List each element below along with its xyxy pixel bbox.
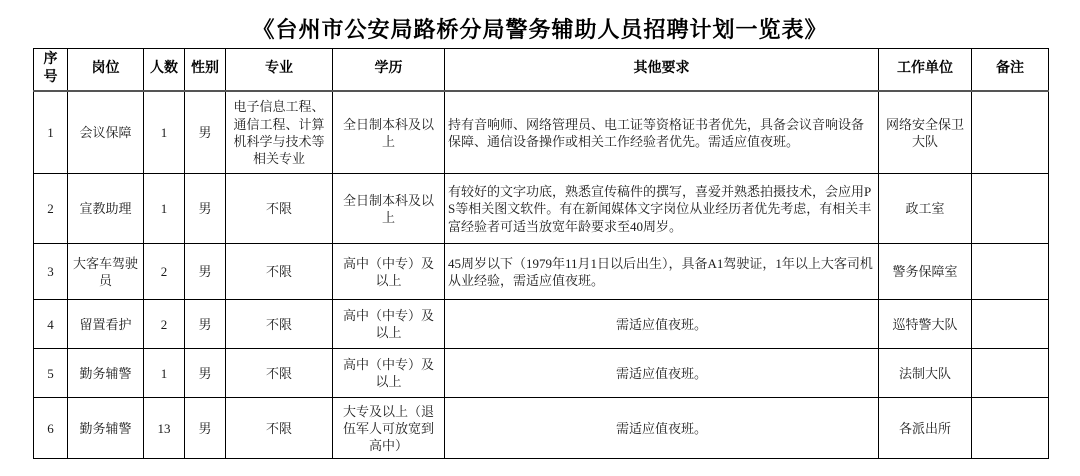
cell-education: 高中（中专）及以上	[333, 349, 445, 398]
cell-requirements: 有较好的文字功底，熟悉宣传稿件的撰写，喜爱并熟悉拍摄技术，会应用PS等相关图文软…	[445, 174, 879, 244]
cell-unit: 法制大队	[879, 349, 972, 398]
table-row: 5 勤务辅警 1 男 不限 高中（中专）及以上 需适应值夜班。 法制大队	[34, 349, 1049, 398]
header-row: 序号 岗位 人数 性别 专业 学历 其他要求 工作单位 备注	[34, 49, 1049, 91]
cell-gender: 男	[185, 91, 226, 174]
document-page: 《台州市公安局路桥分局警务辅助人员招聘计划一览表》 序号 岗位 人数 性别 专业…	[0, 0, 1080, 476]
cell-position: 会议保障	[68, 91, 144, 174]
col-header-seq: 序号	[34, 49, 68, 91]
cell-unit: 各派出所	[879, 398, 972, 459]
cell-education: 高中（中专）及以上	[333, 244, 445, 300]
table-row: 4 留置看护 2 男 不限 高中（中专）及以上 需适应值夜班。 巡特警大队	[34, 300, 1049, 349]
cell-position: 宣教助理	[68, 174, 144, 244]
cell-seq: 4	[34, 300, 68, 349]
cell-major: 不限	[226, 244, 333, 300]
cell-requirements: 45周岁以下（1979年11月1日以后出生），具备A1驾驶证，1年以上大客司机从…	[445, 244, 879, 300]
cell-requirements: 需适应值夜班。	[445, 300, 879, 349]
cell-position: 大客车驾驶员	[68, 244, 144, 300]
cell-seq: 3	[34, 244, 68, 300]
cell-gender: 男	[185, 349, 226, 398]
col-header-major: 专业	[226, 49, 333, 91]
cell-position: 留置看护	[68, 300, 144, 349]
table-row: 6 勤务辅警 13 男 不限 大专及以上（退伍军人可放宽到高中） 需适应值夜班。…	[34, 398, 1049, 459]
cell-gender: 男	[185, 300, 226, 349]
cell-count: 2	[144, 244, 185, 300]
cell-remark	[972, 398, 1049, 459]
cell-unit: 警务保障室	[879, 244, 972, 300]
cell-count: 2	[144, 300, 185, 349]
cell-major: 电子信息工程、通信工程、计算机科学与技术等相关专业	[226, 91, 333, 174]
cell-count: 1	[144, 349, 185, 398]
table-row: 3 大客车驾驶员 2 男 不限 高中（中专）及以上 45周岁以下（1979年11…	[34, 244, 1049, 300]
cell-seq: 2	[34, 174, 68, 244]
cell-gender: 男	[185, 398, 226, 459]
cell-remark	[972, 349, 1049, 398]
recruitment-table: 序号 岗位 人数 性别 专业 学历 其他要求 工作单位 备注 1 会议保障 1 …	[33, 48, 1049, 459]
cell-education: 大专及以上（退伍军人可放宽到高中）	[333, 398, 445, 459]
col-header-position: 岗位	[68, 49, 144, 91]
cell-major: 不限	[226, 398, 333, 459]
cell-remark	[972, 174, 1049, 244]
cell-major: 不限	[226, 174, 333, 244]
cell-unit: 政工室	[879, 174, 972, 244]
cell-requirements: 持有音响师、网络管理员、电工证等资格证书者优先，具备会议音响设备保障、通信设备操…	[445, 91, 879, 174]
col-header-count: 人数	[144, 49, 185, 91]
col-header-education: 学历	[333, 49, 445, 91]
cell-education: 全日制本科及以上	[333, 174, 445, 244]
table-row: 2 宣教助理 1 男 不限 全日制本科及以上 有较好的文字功底，熟悉宣传稿件的撰…	[34, 174, 1049, 244]
cell-major: 不限	[226, 300, 333, 349]
cell-seq: 5	[34, 349, 68, 398]
col-header-requirements: 其他要求	[445, 49, 879, 91]
cell-seq: 1	[34, 91, 68, 174]
page-title: 《台州市公安局路桥分局警务辅助人员招聘计划一览表》	[0, 0, 1080, 35]
cell-education: 高中（中专）及以上	[333, 300, 445, 349]
cell-position: 勤务辅警	[68, 349, 144, 398]
cell-requirements: 需适应值夜班。	[445, 349, 879, 398]
cell-count: 1	[144, 91, 185, 174]
cell-remark	[972, 300, 1049, 349]
cell-remark	[972, 91, 1049, 174]
cell-count: 13	[144, 398, 185, 459]
cell-major: 不限	[226, 349, 333, 398]
cell-unit: 巡特警大队	[879, 300, 972, 349]
cell-count: 1	[144, 174, 185, 244]
col-header-gender: 性别	[185, 49, 226, 91]
cell-unit: 网络安全保卫大队	[879, 91, 972, 174]
cell-education: 全日制本科及以上	[333, 91, 445, 174]
cell-remark	[972, 244, 1049, 300]
cell-seq: 6	[34, 398, 68, 459]
col-header-unit: 工作单位	[879, 49, 972, 91]
table-row: 1 会议保障 1 男 电子信息工程、通信工程、计算机科学与技术等相关专业 全日制…	[34, 91, 1049, 174]
cell-requirements: 需适应值夜班。	[445, 398, 879, 459]
cell-gender: 男	[185, 174, 226, 244]
col-header-remark: 备注	[972, 49, 1049, 91]
cell-position: 勤务辅警	[68, 398, 144, 459]
cell-gender: 男	[185, 244, 226, 300]
